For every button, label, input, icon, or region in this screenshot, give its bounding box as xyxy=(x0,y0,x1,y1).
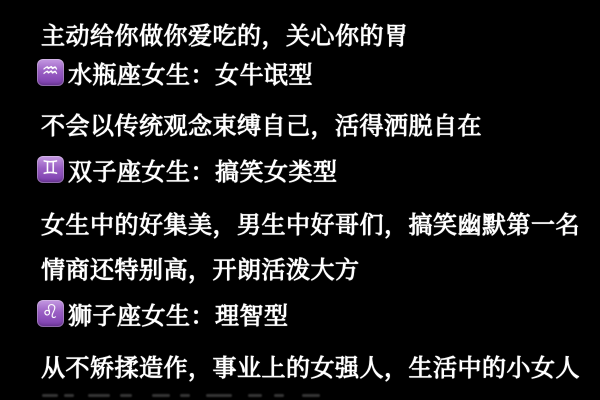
line-text: 女生中的好集美，男生中好哥们，搞笑幽默第一名 xyxy=(41,205,580,240)
leo-icon: ♌ xyxy=(37,300,64,327)
truncated-glyph-fragment xyxy=(152,394,170,397)
truncated-glyph-fragment xyxy=(180,394,190,397)
truncated-glyph-fragment xyxy=(274,394,284,397)
line-text: 从不矫揉造作，事业上的女强人，生活中的小女人 xyxy=(41,348,580,383)
line-text: 主动给你做你爱吃的，关心你的胃 xyxy=(41,16,409,51)
text-line: 情商还特别高，开朗活泼大方 xyxy=(41,250,360,285)
aquarius-icon-glyph: ♒ xyxy=(42,62,60,81)
truncated-glyph-fragment xyxy=(206,394,232,397)
line-text: 情商还特别高，开朗活泼大方 xyxy=(41,250,360,285)
truncated-glyph-fragment xyxy=(42,394,58,397)
gemini-icon-glyph: ♊ xyxy=(42,159,60,178)
line-text: 水瓶座女生：女牛氓型 xyxy=(68,55,313,90)
truncated-glyph-fragment xyxy=(88,394,110,397)
truncated-glyph-fragment xyxy=(120,394,132,397)
line-text: 双子座女生：搞笑女类型 xyxy=(68,152,338,187)
zodiac-heading-gemini: ♊双子座女生：搞笑女类型 xyxy=(37,152,338,187)
truncated-glyph-fragment xyxy=(64,394,74,397)
gemini-icon: ♊ xyxy=(37,156,64,183)
truncated-glyph-fragment xyxy=(302,394,320,397)
text-line: 主动给你做你爱吃的，关心你的胃 xyxy=(41,16,409,51)
truncated-glyph-fragment xyxy=(248,394,262,397)
line-text: 不会以传统观念束缚自己，活得洒脱自在 xyxy=(41,106,482,141)
truncated-bottom-line xyxy=(0,392,600,400)
zodiac-heading-aquarius: ♒水瓶座女生：女牛氓型 xyxy=(37,55,313,90)
text-line: 不会以传统观念束缚自己，活得洒脱自在 xyxy=(41,106,482,141)
leo-icon-glyph: ♌ xyxy=(42,303,60,322)
text-line: 从不矫揉造作，事业上的女强人，生活中的小女人 xyxy=(41,348,580,383)
aquarius-icon: ♒ xyxy=(37,59,64,86)
zodiac-heading-leo: ♌狮子座女生：理智型 xyxy=(37,296,289,331)
line-text: 狮子座女生：理智型 xyxy=(68,296,289,331)
zodiac-text-page: 主动给你做你爱吃的，关心你的胃♒水瓶座女生：女牛氓型不会以传统观念束缚自己，活得… xyxy=(0,0,600,400)
text-line: 女生中的好集美，男生中好哥们，搞笑幽默第一名 xyxy=(41,205,580,240)
